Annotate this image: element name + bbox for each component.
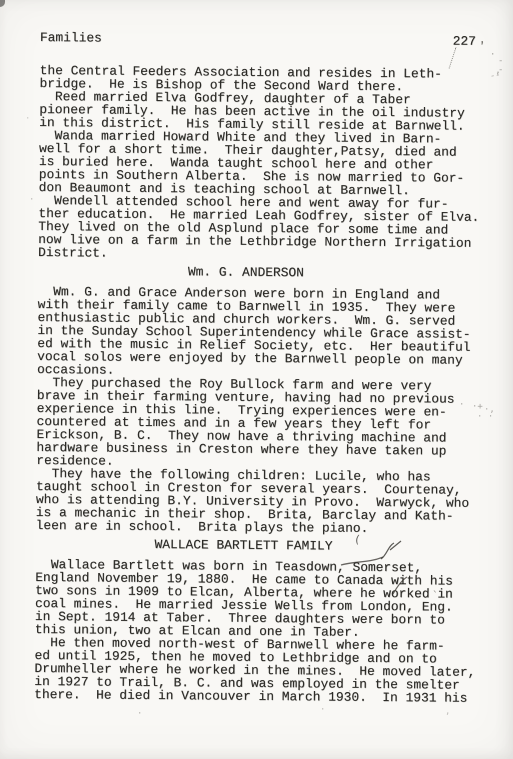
scanned-book-page: Families 227 the Central Feeders Associa…: [0, 0, 513, 759]
pencil-speck: ·,: [484, 406, 495, 415]
corner-speck: [0, 0, 5, 7]
pencil-mark: --: [489, 71, 501, 82]
bottom-speck: ,: [445, 708, 450, 717]
page-text-layer: Families 227 the Central Feeders Associa…: [34, 31, 486, 705]
bottom-speck: ·: [137, 710, 142, 719]
running-header: Families 227: [40, 31, 486, 48]
page-body: the Central Feeders Association and resi…: [34, 64, 486, 705]
pencil-mark: ·: [490, 51, 495, 60]
section-heading-anderson: Wm. G. ANDERSON: [38, 264, 484, 281]
pencil-mark: - -: [498, 57, 513, 75]
paragraph-block-bartlett: Wallace Bartlett was born in Teasdown, S…: [34, 558, 481, 705]
page-number: 227: [453, 35, 486, 48]
pencil-mark: ,: [495, 66, 501, 76]
paragraph-block-anderson: Wm. G. and Grace Anderson were born in E…: [36, 285, 484, 536]
bottom-speck: ·: [320, 706, 325, 715]
margin-speck: ·: [25, 115, 30, 124]
section-heading-bartlett: WALLACE BARTLETT FAMILY: [35, 537, 481, 554]
paragraph-block-continued: the Central Feeders Association and resi…: [38, 64, 486, 263]
margin-speck: ·: [29, 196, 34, 205]
running-header-title: Families: [40, 31, 102, 45]
